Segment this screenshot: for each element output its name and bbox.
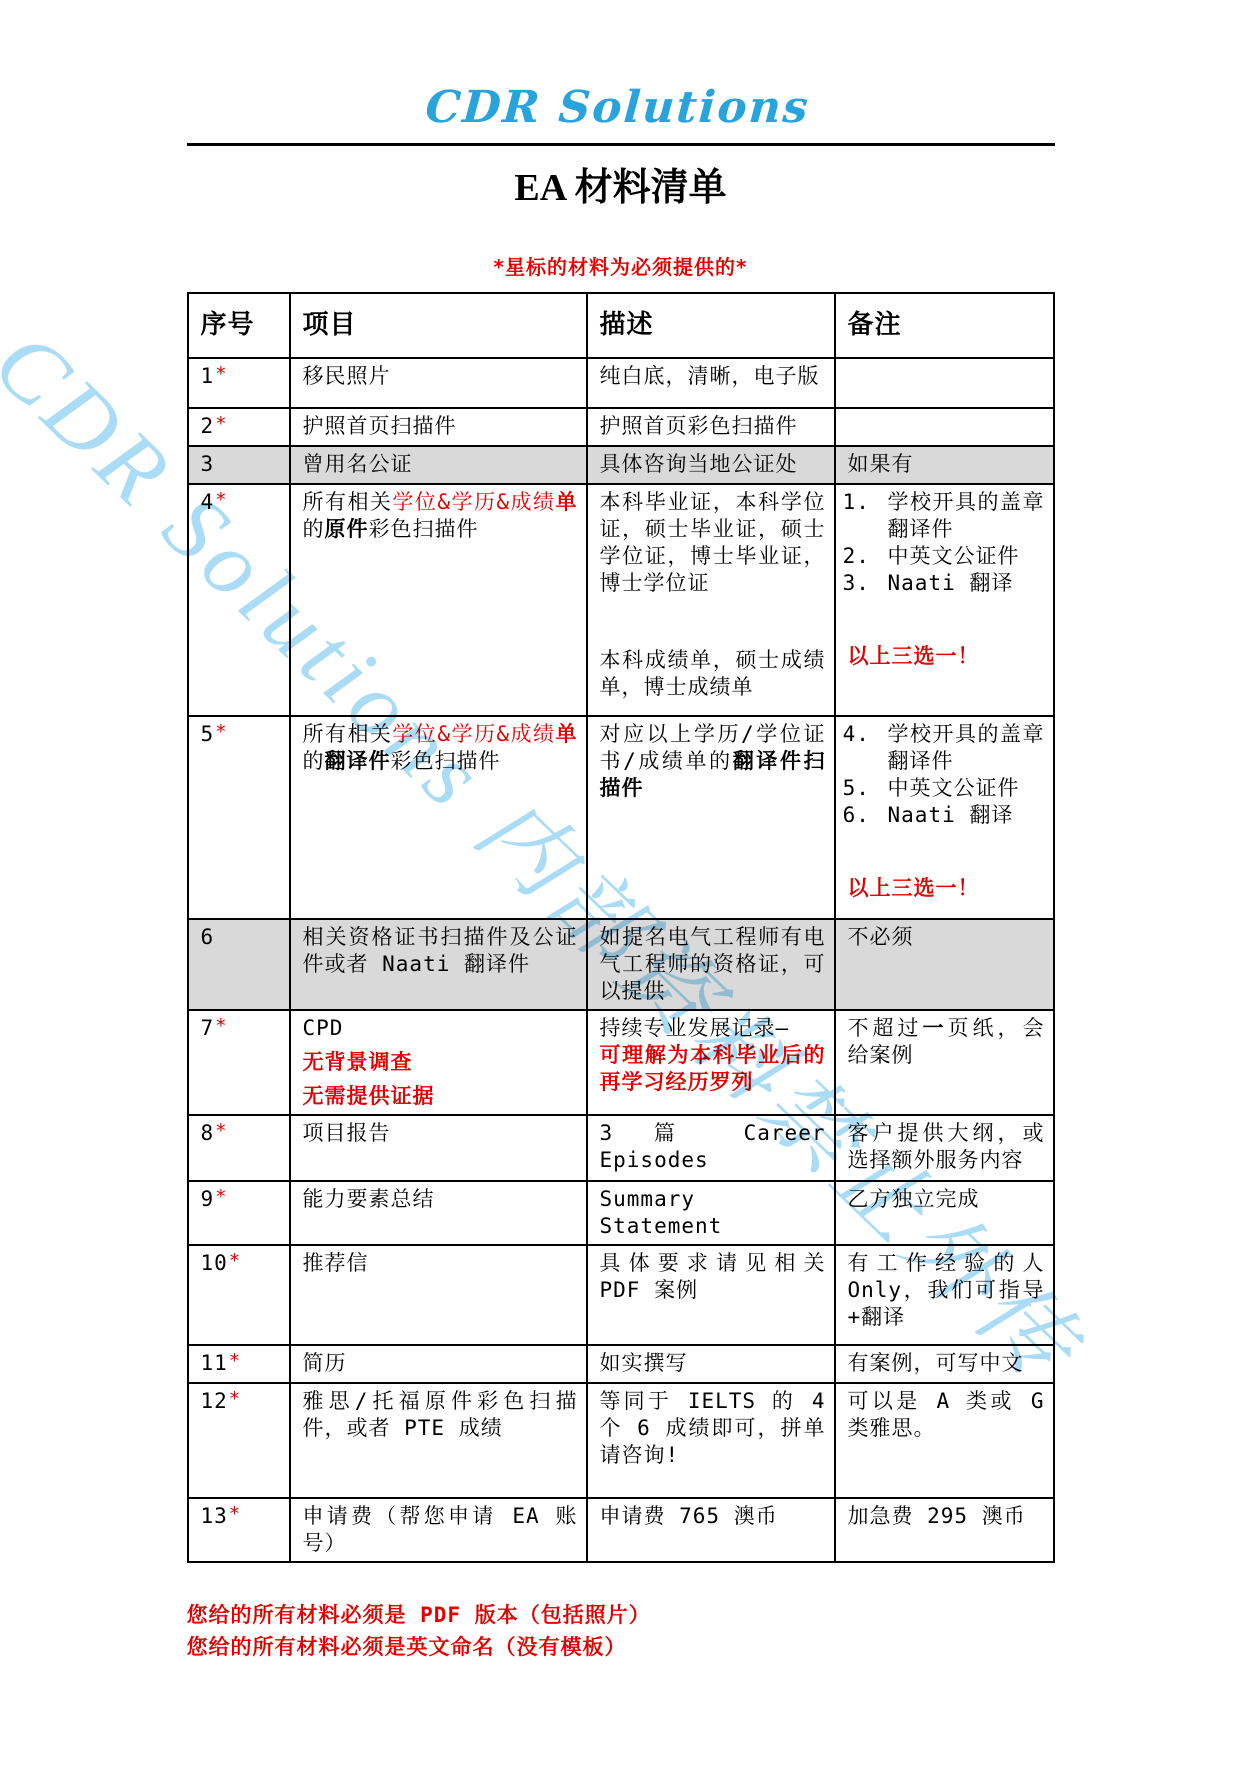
cell-item: 移民照片 — [290, 358, 587, 408]
table-row: 13* 申请费（帮您申请 EA 账号） 申请费 765 澳币 加急费 295 澳… — [188, 1498, 1054, 1562]
footer-line-naming: 您给的所有材料必须是英文命名（没有模板） — [187, 1631, 1055, 1663]
col-header-item: 项目 — [290, 293, 587, 358]
cell-remarks: 不必须 — [835, 919, 1054, 1010]
table-row: 12* 雅思/托福原件彩色扫描件，或者 PTE 成绩 等同于 IELTS 的 4… — [188, 1383, 1054, 1498]
required-star: * — [215, 1015, 227, 1037]
cell-number: 9* — [188, 1181, 290, 1245]
table-row: 8* 项目报告 3 篇 Career Episodes 客户提供大纲，或选择额外… — [188, 1115, 1054, 1181]
cell-item: 所有相关学位&学历&成绩单的原件彩色扫描件 — [290, 484, 587, 716]
cell-remarks: 有案例，可写中文 — [835, 1345, 1054, 1383]
col-header-number: 序号 — [188, 293, 290, 358]
cell-description: 具体咨询当地公证处 — [587, 446, 835, 484]
required-star: * — [229, 1250, 241, 1272]
required-star: * — [229, 1388, 241, 1410]
list-item: Naati 翻译 — [884, 570, 1045, 597]
cell-description: 持续专业发展记录— 可理解为本科毕业后的再学习经历罗列 — [587, 1010, 835, 1115]
cell-description: 申请费 765 澳币 — [587, 1498, 835, 1562]
cell-number: 11* — [188, 1345, 290, 1383]
cell-description: 如实撰写 — [587, 1345, 835, 1383]
cell-number: 5* — [188, 716, 290, 919]
cell-item: 推荐信 — [290, 1245, 587, 1345]
table-row: 11* 简历 如实撰写 有案例，可写中文 — [188, 1345, 1054, 1383]
cell-number: 3 — [188, 446, 290, 484]
required-star: * — [215, 363, 227, 385]
table-row: 2* 护照首页扫描件 护照首页彩色扫描件 — [188, 408, 1054, 446]
cell-remarks: 学校开具的盖章翻译件 中英文公证件 Naati 翻译 以上三选一！ — [835, 716, 1054, 919]
cell-description: 护照首页彩色扫描件 — [587, 408, 835, 446]
cell-number: 13* — [188, 1498, 290, 1562]
list-item: 中英文公证件 — [884, 775, 1045, 802]
cell-description: 具体要求请见相关 PDF 案例 — [587, 1245, 835, 1345]
cell-remarks — [835, 408, 1054, 446]
table-row: 9* 能力要素总结 Summary Statement 乙方独立完成 — [188, 1181, 1054, 1245]
table-row: 10* 推荐信 具体要求请见相关 PDF 案例 有工作经验的人 Only，我们可… — [188, 1245, 1054, 1345]
cell-remarks: 乙方独立完成 — [835, 1181, 1054, 1245]
cell-description: 如提名电气工程师有电气工程师的资格证，可以提供 — [587, 919, 835, 1010]
table-row: 7* CPD 无背景调查 无需提供证据 持续专业发展记录— 可理解为本科毕业后的… — [188, 1010, 1054, 1115]
choose-one-note: 以上三选一！ — [848, 875, 1045, 902]
list-item: 中英文公证件 — [884, 543, 1045, 570]
remark-options-list: 学校开具的盖章翻译件 中英文公证件 Naati 翻译 — [848, 489, 1045, 597]
remark-options-list: 学校开具的盖章翻译件 中英文公证件 Naati 翻译 — [848, 721, 1045, 829]
cell-remarks: 学校开具的盖章翻译件 中英文公证件 Naati 翻译 以上三选一！ — [835, 484, 1054, 716]
cell-item: 曾用名公证 — [290, 446, 587, 484]
required-star: * — [215, 1120, 227, 1142]
cell-number: 12* — [188, 1383, 290, 1498]
cell-number: 2* — [188, 408, 290, 446]
cell-item: 护照首页扫描件 — [290, 408, 587, 446]
brand-logo: CDR Solutions — [0, 0, 1241, 133]
header-rule — [187, 143, 1055, 146]
table-header-row: 序号 项目 描述 备注 — [188, 293, 1054, 358]
cell-number: 1* — [188, 358, 290, 408]
required-star: * — [229, 1503, 241, 1525]
cell-item: 能力要素总结 — [290, 1181, 587, 1245]
cell-number: 7* — [188, 1010, 290, 1115]
cell-description: 纯白底，清晰，电子版 — [587, 358, 835, 408]
required-star: * — [215, 1186, 227, 1208]
page-title: EA 材料清单 — [0, 156, 1241, 211]
cell-item: 雅思/托福原件彩色扫描件，或者 PTE 成绩 — [290, 1383, 587, 1498]
col-header-remarks: 备注 — [835, 293, 1054, 358]
cell-number: 6 — [188, 919, 290, 1010]
cell-remarks: 加急费 295 澳币 — [835, 1498, 1054, 1562]
table-row: 4* 所有相关学位&学历&成绩单的原件彩色扫描件 本科毕业证，本科学位证，硕士毕… — [188, 484, 1054, 716]
footer-line-pdf: 您给的所有材料必须是 PDF 版本（包括照片） — [187, 1599, 1055, 1631]
cell-item: 所有相关学位&学历&成绩单的翻译件彩色扫描件 — [290, 716, 587, 919]
col-header-description: 描述 — [587, 293, 835, 358]
cell-description: 3 篇 Career Episodes — [587, 1115, 835, 1181]
list-item: 学校开具的盖章翻译件 — [884, 721, 1045, 775]
cell-remarks — [835, 358, 1054, 408]
cell-item: 相关资格证书扫描件及公证件或者 Naati 翻译件 — [290, 919, 587, 1010]
table-row: 1* 移民照片 纯白底，清晰，电子版 — [188, 358, 1054, 408]
cell-number: 8* — [188, 1115, 290, 1181]
cell-description: 对应以上学历/学位证书/成绩单的翻译件扫描件 — [587, 716, 835, 919]
footer-requirements: 您给的所有材料必须是 PDF 版本（包括照片） 您给的所有材料必须是英文命名（没… — [187, 1599, 1055, 1663]
cell-item: 简历 — [290, 1345, 587, 1383]
cell-number: 10* — [188, 1245, 290, 1345]
table-row: 6 相关资格证书扫描件及公证件或者 Naati 翻译件 如提名电气工程师有电气工… — [188, 919, 1054, 1010]
list-item: Naati 翻译 — [884, 802, 1045, 829]
materials-table: 序号 项目 描述 备注 1* 移民照片 纯白底，清晰，电子版 2* 护照首页扫描… — [187, 292, 1055, 1563]
cell-remarks: 客户提供大纲，或选择额外服务内容 — [835, 1115, 1054, 1181]
required-star: * — [215, 489, 227, 511]
cell-number: 4* — [188, 484, 290, 716]
cell-item: 项目报告 — [290, 1115, 587, 1181]
cell-description: Summary Statement — [587, 1181, 835, 1245]
required-star: * — [215, 721, 227, 743]
required-star: * — [215, 413, 227, 435]
required-materials-note: *星标的材料为必须提供的* — [0, 251, 1241, 280]
cell-remarks: 可以是 A 类或 G 类雅思。 — [835, 1383, 1054, 1498]
document-page: CDR Solutions EA 材料清单 *星标的材料为必须提供的* 序号 项… — [0, 0, 1241, 1766]
choose-one-note: 以上三选一！ — [848, 643, 1045, 670]
cell-description: 等同于 IELTS 的 4 个 6 成绩即可，拼单请咨询! — [587, 1383, 835, 1498]
cell-remarks: 不超过一页纸，会给案例 — [835, 1010, 1054, 1115]
cell-description: 本科毕业证，本科学位证，硕士毕业证，硕士学位证，博士毕业证，博士学位证 本科成绩… — [587, 484, 835, 716]
cell-item: 申请费（帮您申请 EA 账号） — [290, 1498, 587, 1562]
cell-item: CPD 无背景调查 无需提供证据 — [290, 1010, 587, 1115]
cell-remarks: 有工作经验的人 Only，我们可指导+翻译 — [835, 1245, 1054, 1345]
list-item: 学校开具的盖章翻译件 — [884, 489, 1045, 543]
required-star: * — [229, 1350, 241, 1372]
table-row: 3 曾用名公证 具体咨询当地公证处 如果有 — [188, 446, 1054, 484]
table-row: 5* 所有相关学位&学历&成绩单的翻译件彩色扫描件 对应以上学历/学位证书/成绩… — [188, 716, 1054, 919]
cell-remarks: 如果有 — [835, 446, 1054, 484]
